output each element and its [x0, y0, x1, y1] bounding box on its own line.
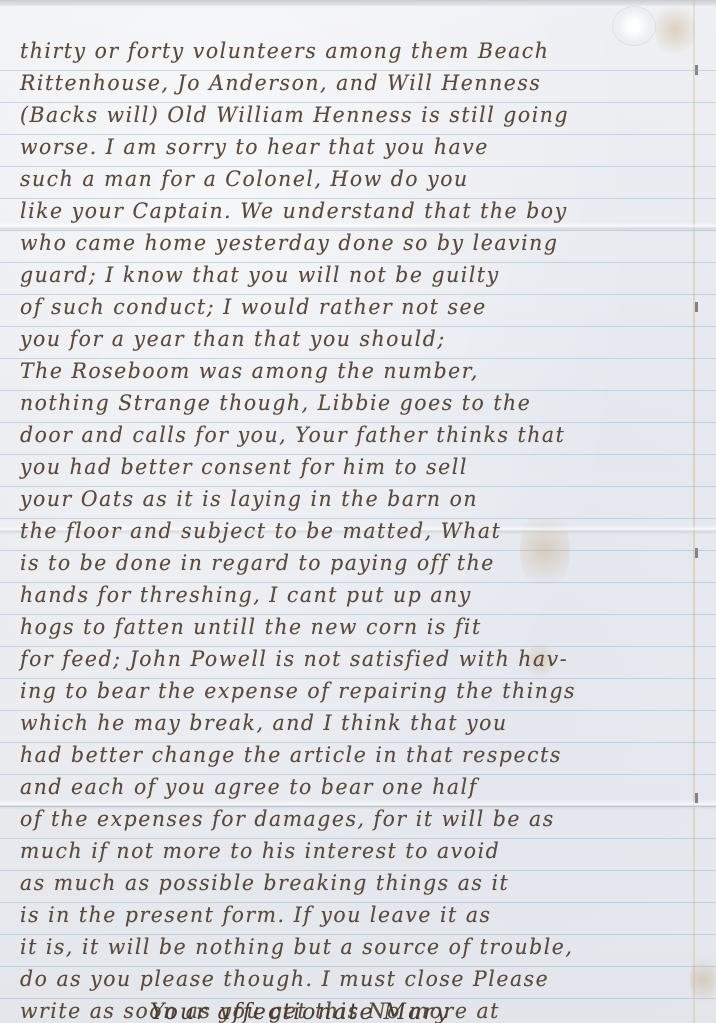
stain — [690, 950, 716, 1010]
signature: Your affectionate Mary — [150, 1000, 450, 1023]
letter-line: who came home yesterday done so by leavi… — [20, 230, 670, 256]
letter-line: of the expenses for damages, for it will… — [20, 806, 670, 832]
letter-line: The Roseboom was among the number, — [20, 358, 670, 384]
letter-line: worse. I am sorry to hear that you have — [20, 134, 670, 160]
letter-line: you for a year than that you should; — [20, 326, 670, 352]
letter-line: such a man for a Colonel, How do you — [20, 166, 670, 192]
letter-line: you had better consent for him to sell — [20, 454, 670, 480]
margin-tick — [695, 793, 698, 803]
margin-tick — [695, 302, 698, 312]
letter-line: is to be done in regard to paying off th… — [20, 550, 670, 576]
paper-top-edge — [0, 0, 716, 6]
letter-line: door and calls for you, Your father thin… — [20, 422, 670, 448]
letter-line: had better change the article in that re… — [20, 742, 670, 768]
letter-line: like your Captain. We understand that th… — [20, 198, 670, 224]
letter-line: (Backs will) Old William Henness is stil… — [20, 102, 670, 128]
letter-line: as much as possible breaking things as i… — [20, 870, 670, 896]
letter-line: is in the present form. If you leave it … — [20, 902, 670, 928]
letter-line: much if not more to his interest to avoi… — [20, 838, 670, 864]
letter-line: guard; I know that you will not be guilt… — [20, 262, 670, 288]
letter-line: hogs to fatten untill the new corn is fi… — [20, 614, 670, 640]
letter-line: the floor and subject to be matted, What — [20, 518, 670, 544]
letter-line: ing to bear the expense of repairing the… — [20, 678, 670, 704]
letter-line: thirty or forty volunteers among them Be… — [20, 38, 670, 64]
letter-line: of such conduct; I would rather not see — [20, 294, 670, 320]
letter-line: nothing Strange though, Libbie goes to t… — [20, 390, 670, 416]
letter-line: hands for threshing, I cant put up any — [20, 582, 670, 608]
letter-line: Rittenhouse, Jo Anderson, and Will Henne… — [20, 70, 670, 96]
letter-line: it is, it will be nothing but a source o… — [20, 934, 670, 960]
letter-line: for feed; John Powell is not satisfied w… — [20, 646, 670, 672]
letter-line: which he may break, and I think that you — [20, 710, 670, 736]
letter-line: and each of you agree to bear one half — [20, 774, 670, 800]
letter-page: thirty or forty volunteers among them Be… — [0, 0, 716, 1023]
letter-line: do as you please though. I must close Pl… — [20, 966, 670, 992]
letter-line: your Oats as it is laying in the barn on — [20, 486, 670, 512]
